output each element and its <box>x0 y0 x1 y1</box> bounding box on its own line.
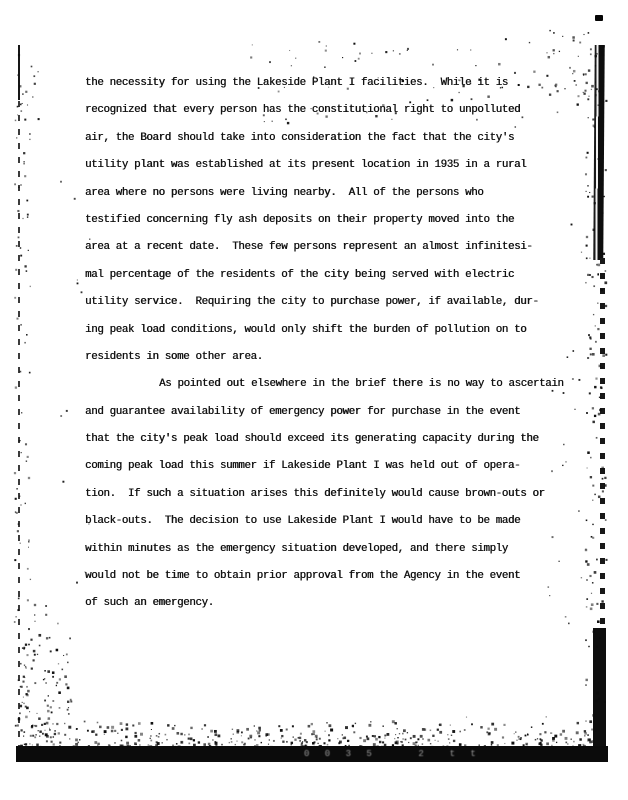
text-line: residents in some other area. <box>85 344 567 371</box>
text-line: As pointed out elsewhere in the brief th… <box>85 371 567 398</box>
text-line: area where no persons were living nearby… <box>85 180 567 207</box>
text-line: black-outs. The decision to use Lakeside… <box>85 508 567 535</box>
text-line: testified concerning fly ash deposits on… <box>85 207 567 234</box>
scan-noise <box>0 0 1 1</box>
document-text: the necessity for using the Lakeside Pla… <box>85 70 567 618</box>
footer-marks: 0 0 3 5 2 t t <box>304 749 481 759</box>
text-line: recognized that every person has the con… <box>85 97 567 124</box>
scan-artifact-blob <box>595 15 603 21</box>
text-line: of such an emergency. <box>85 590 567 617</box>
text-line: area at a recent date. These few persons… <box>85 234 567 261</box>
scan-edge-left-line <box>18 45 20 760</box>
text-line: would not be time to obtain prior approv… <box>85 563 567 590</box>
text-line: within minutes as the emergency situatio… <box>85 536 567 563</box>
text-line: coming peak load this summer if Lakeside… <box>85 453 567 480</box>
scanned-page: the necessity for using the Lakeside Pla… <box>0 0 628 800</box>
text-line: mal percentage of the residents of the c… <box>85 262 567 289</box>
text-line: utility plant was established at its pre… <box>85 152 567 179</box>
text-line: ing peak load conditions, would only shi… <box>85 317 567 344</box>
scan-edge-right-strip-top <box>593 45 605 260</box>
text-line: and guarantee availability of emergency … <box>85 399 567 426</box>
scan-edge-right-strip-bottom <box>593 628 606 762</box>
scan-bottom-band: 0 0 3 5 2 t t <box>16 746 608 762</box>
text-line: that the city's peak load should exceed … <box>85 426 567 453</box>
text-line: the necessity for using the Lakeside Pla… <box>85 70 567 97</box>
text-line: tion. If such a situation arises this de… <box>85 481 567 508</box>
text-line: utility service. Requiring the city to p… <box>85 289 567 316</box>
text-line: air, the Board should take into consider… <box>85 125 567 152</box>
scan-edge-right-strip-middle <box>600 258 605 633</box>
